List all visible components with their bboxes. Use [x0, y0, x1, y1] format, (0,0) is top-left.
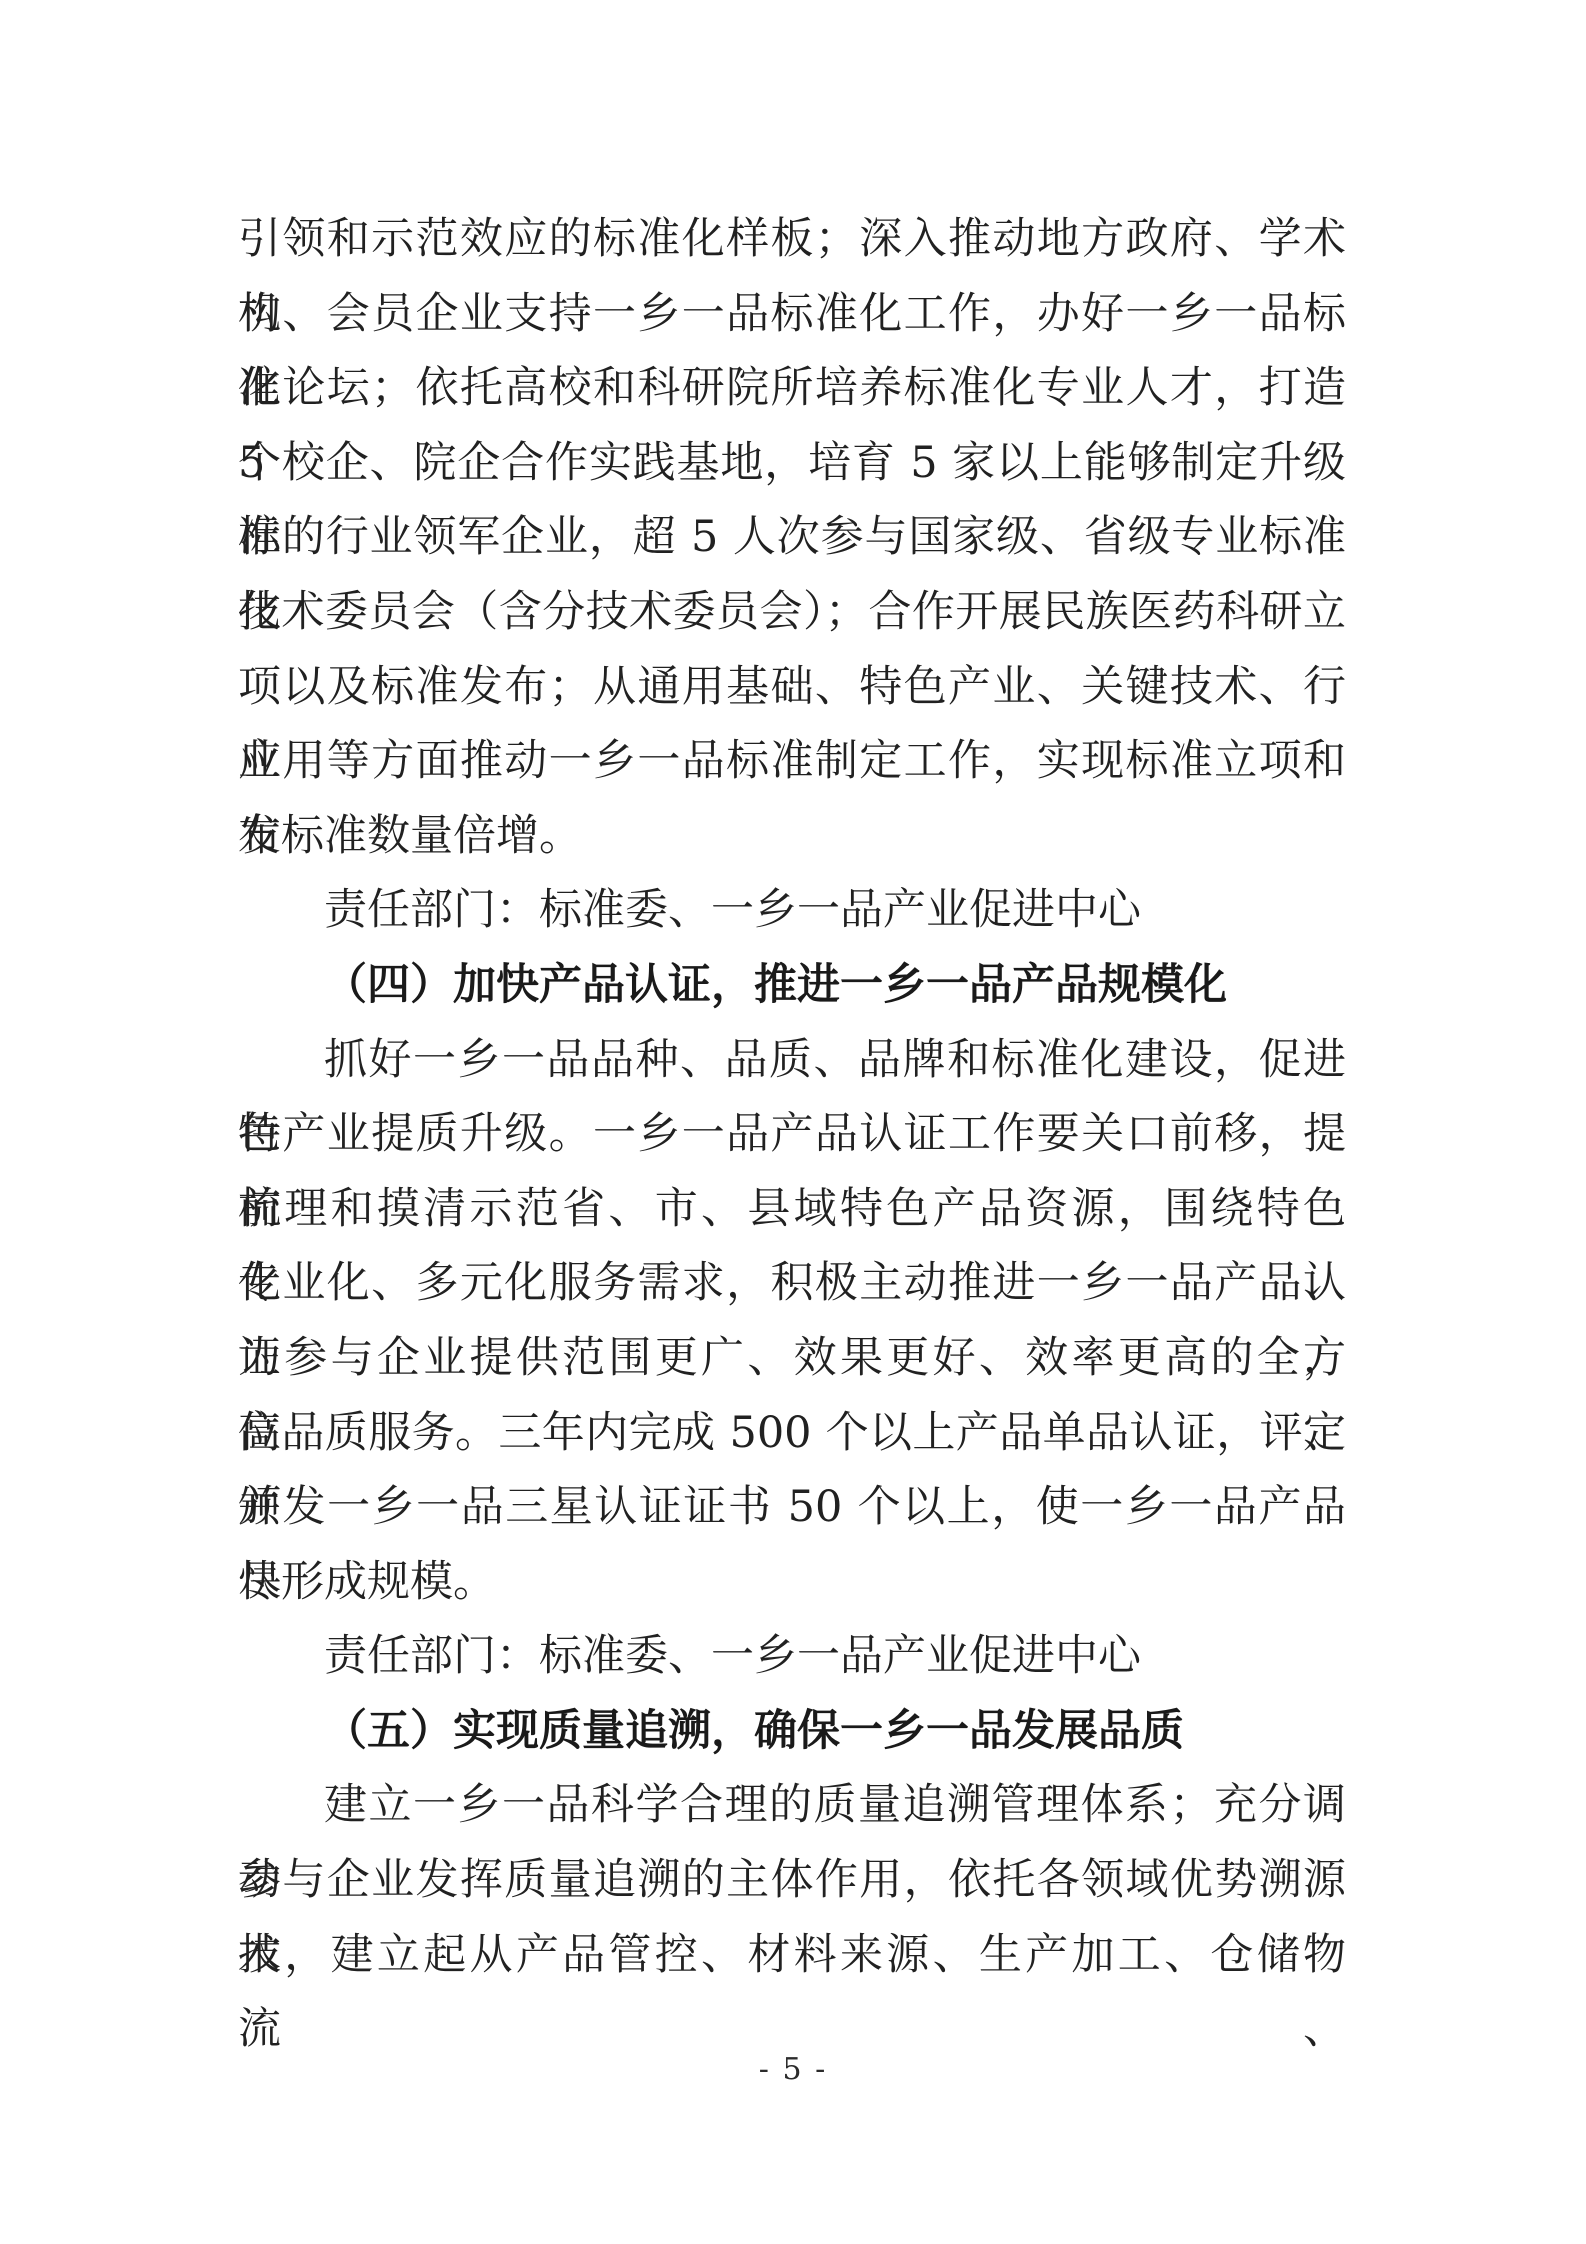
document-page: 引领和示范效应的标准化样板；深入推动地方政府、学术机构、会员企业支持一乡一品标准…	[0, 0, 1586, 2244]
text-line: 项以及标准发布；从通用基础、特色产业、关键技术、行业	[238, 650, 1346, 725]
text-line: 责任部门：标准委、一乡一品产业促进中心	[238, 873, 1346, 948]
text-line: 梳理和摸清示范省、市、县域特色产品资源，围绕特色化、	[238, 1172, 1346, 1247]
section-heading-line: （五）实现质量追溯，确保一乡一品发展品质	[238, 1694, 1346, 1769]
text-line: 为参与企业提供范围更广、效果更好、效率更高的全方位、	[238, 1321, 1346, 1396]
text-line: 应用等方面推动一乡一品标准制定工作，实现标准立项和发	[238, 724, 1346, 799]
text-line: 引领和示范效应的标准化样板；深入推动地方政府、学术机	[238, 202, 1346, 277]
text-line: 高品质服务。三年内完成 500 个以上产品单品认证，评定并	[238, 1396, 1346, 1471]
text-line: 建立一乡一品科学合理的质量追溯管理体系；充分调动	[238, 1768, 1346, 1843]
text-line: 技术委员会（含分技术委员会）；合作开展民族医药科研立	[238, 575, 1346, 650]
text-line: 专业化、多元化服务需求，积极主动推进一乡一品产品认证，	[238, 1246, 1346, 1321]
text-line: 参与企业发挥质量追溯的主体作用，依托各领域优势溯源技	[238, 1843, 1346, 1918]
section-heading-line: （四）加快产品认证，推进一乡一品产品规模化	[238, 948, 1346, 1023]
text-line: 布标准数量倍增。	[238, 799, 1346, 874]
text-line: 术，建立起从产品管控、材料来源、生产加工、仓储物流、	[238, 1918, 1346, 1993]
text-line: 抓好一乡一品品种、品质、品牌和标准化建设，促进特	[238, 1023, 1346, 1098]
text-block: 引领和示范效应的标准化样板；深入推动地方政府、学术机构、会员企业支持一乡一品标准…	[238, 202, 1346, 1992]
text-line: 构、会员企业支持一乡一品标准化工作，办好一乡一品标准	[238, 277, 1346, 352]
text-line: 准的行业领军企业，超 5 人次参与国家级、省级专业标准化	[238, 500, 1346, 575]
text-line: 颁发一乡一品三星认证证书 50 个以上，使一乡一品产品尽	[238, 1470, 1346, 1545]
text-line: 责任部门：标准委、一乡一品产业促进中心	[238, 1619, 1346, 1694]
text-line: 色产业提质升级。一乡一品产品认证工作要关口前移，提前	[238, 1097, 1346, 1172]
page-number: - 5 -	[0, 2052, 1586, 2087]
text-line: 化论坛；依托高校和科研院所培养标准化专业人才，打造 5	[238, 351, 1346, 426]
text-line: 快形成规模。	[238, 1545, 1346, 1620]
text-line: 个校企、院企合作实践基地，培育 5 家以上能够制定升级标	[238, 426, 1346, 501]
